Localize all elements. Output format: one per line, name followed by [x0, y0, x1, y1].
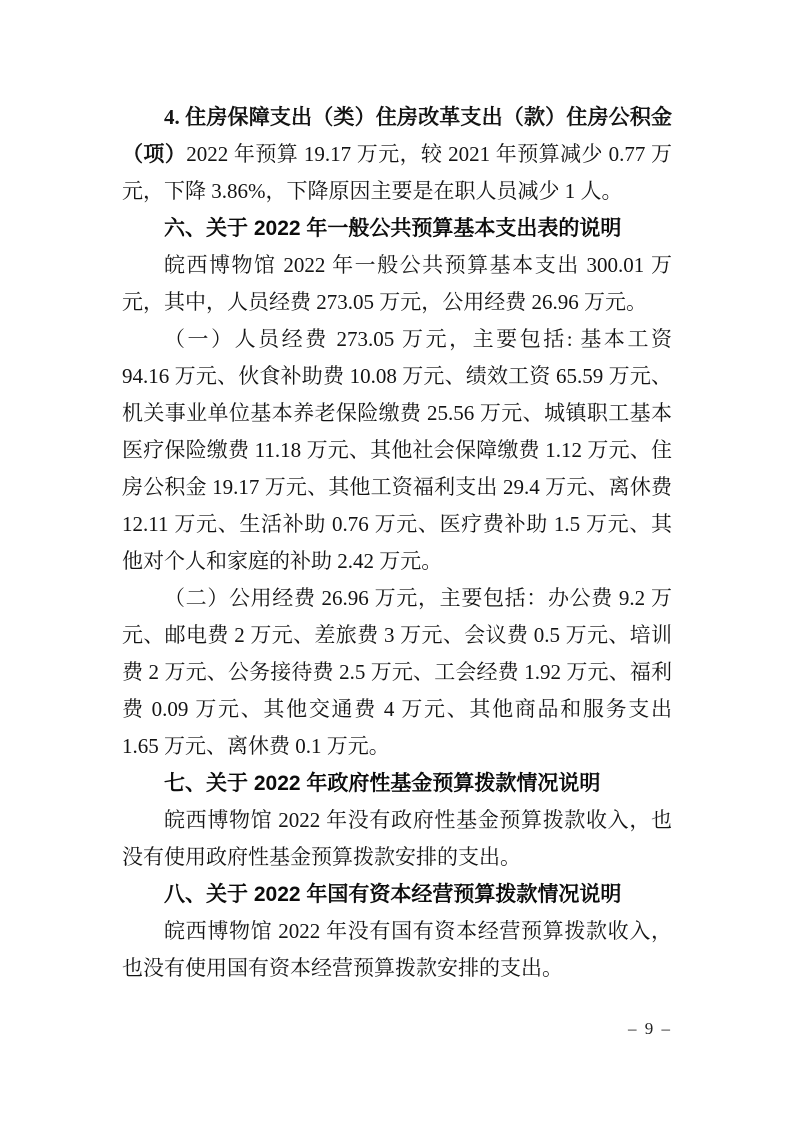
page-number: – 9 –: [628, 1019, 672, 1039]
paragraph-state-capital-budget: 皖西博物馆 2022 年没有国有资本经营预算拨款收入，也没有使用国有资本经营预算…: [122, 913, 672, 987]
paragraph-personnel-funds-detail: （一）人员经费 273.05 万元，主要包括: 基本工资 94.16 万元、伙食…: [122, 321, 672, 580]
paragraph-housing-item: 4. 住房保障支出（类）住房改革支出（款）住房公积金（项）2022 年预算 19…: [122, 99, 672, 210]
heading-section-7: 七、关于 2022 年政府性基金预算拨款情况说明: [122, 765, 672, 802]
heading-section-6: 六、关于 2022 年一般公共预算基本支出表的说明: [122, 210, 672, 247]
paragraph-basic-expenditure-total: 皖西博物馆 2022 年一般公共预算基本支出 300.01 万元，其中，人员经费…: [122, 247, 672, 321]
document-page: 4. 住房保障支出（类）住房改革支出（款）住房公积金（项）2022 年预算 19…: [0, 0, 793, 1122]
paragraph-housing-item-body: 2022 年预算 19.17 万元，较 2021 年预算减少 0.77 万元，下…: [122, 142, 672, 203]
paragraph-gov-fund-budget: 皖西博物馆 2022 年没有政府性基金预算拨款收入，也没有使用政府性基金预算拨款…: [122, 802, 672, 876]
heading-section-8: 八、关于 2022 年国有资本经营预算拨款情况说明: [122, 876, 672, 913]
paragraph-public-funds-detail: （二）公用经费 26.96 万元，主要包括：办公费 9.2 万元、邮电费 2 万…: [122, 580, 672, 765]
document-body: 4. 住房保障支出（类）住房改革支出（款）住房公积金（项）2022 年预算 19…: [122, 99, 672, 987]
